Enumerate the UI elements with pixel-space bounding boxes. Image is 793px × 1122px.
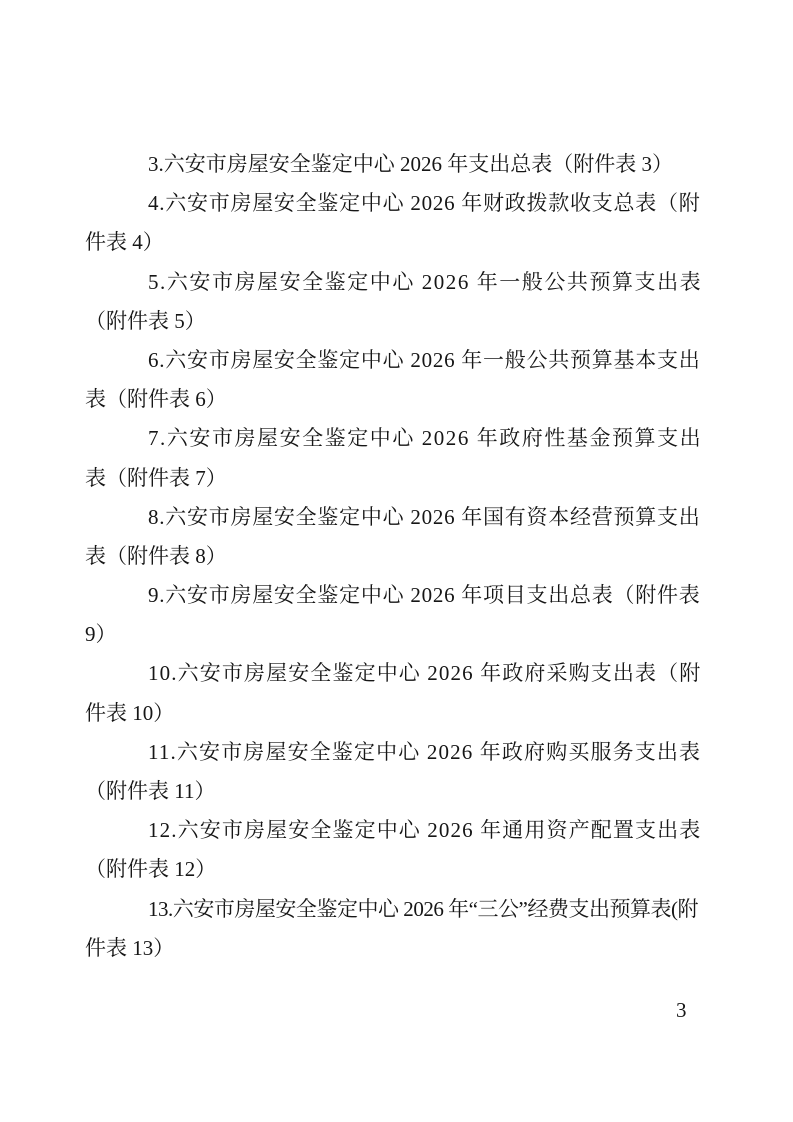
line-text: 6.六安市房屋安全鉴定中心 2026 年一般公共预算基本支出 <box>148 348 700 372</box>
document-line: （附件表 11） <box>85 772 699 811</box>
line-text: 3.六安市房屋安全鉴定中心 2026 年支出总表（附件表 3） <box>148 152 673 176</box>
line-text: 10.六安市房屋安全鉴定中心 2026 年政府采购支出表（附 <box>148 661 701 685</box>
line-text: 7.六安市房屋安全鉴定中心 2026 年政府性基金预算支出 <box>148 426 702 450</box>
document-line: （附件表 5） <box>85 302 699 341</box>
document-line: 11.六安市房屋安全鉴定中心 2026 年政府购买服务支出表 <box>85 733 699 772</box>
document-line: 4.六安市房屋安全鉴定中心 2026 年财政拨款收支总表（附 <box>85 184 699 223</box>
line-text: 件表 10） <box>85 701 174 725</box>
line-text: 表（附件表 7） <box>85 466 227 490</box>
line-text: （附件表 12） <box>85 857 216 881</box>
document-line: 6.六安市房屋安全鉴定中心 2026 年一般公共预算基本支出 <box>85 341 699 380</box>
line-text: 表（附件表 6） <box>85 387 227 411</box>
document-line: 表（附件表 7） <box>85 459 699 498</box>
line-text: 9） <box>85 622 117 646</box>
document-line: 7.六安市房屋安全鉴定中心 2026 年政府性基金预算支出 <box>85 419 699 458</box>
line-text: 4.六安市房屋安全鉴定中心 2026 年财政拨款收支总表（附 <box>148 191 700 215</box>
line-text: 11.六安市房屋安全鉴定中心 2026 年政府购买服务支出表 <box>148 740 701 764</box>
page-number: 3 <box>676 997 687 1023</box>
document-line: 10.六安市房屋安全鉴定中心 2026 年政府采购支出表（附 <box>85 654 699 693</box>
document-line: 3.六安市房屋安全鉴定中心 2026 年支出总表（附件表 3） <box>85 145 699 184</box>
document-line: 5.六安市房屋安全鉴定中心 2026 年一般公共预算支出表 <box>85 263 699 302</box>
document-line: 件表 13） <box>85 929 699 968</box>
line-text: 8.六安市房屋安全鉴定中心 2026 年国有资本经营预算支出 <box>148 505 700 529</box>
document-line: 9.六安市房屋安全鉴定中心 2026 年项目支出总表（附件表 <box>85 576 699 615</box>
line-text: （附件表 5） <box>85 309 206 333</box>
document-line: 件表 10） <box>85 694 699 733</box>
document-line: 件表 4） <box>85 223 699 262</box>
line-text: 13.六安市房屋安全鉴定中心 2026 年“三公”经费支出预算表(附 <box>148 897 698 921</box>
line-text: 9.六安市房屋安全鉴定中心 2026 年项目支出总表（附件表 <box>148 583 700 607</box>
document-line: 表（附件表 8） <box>85 537 699 576</box>
document-line: 9） <box>85 615 699 654</box>
document-line: （附件表 12） <box>85 850 699 889</box>
line-text: 5.六安市房屋安全鉴定中心 2026 年一般公共预算支出表 <box>148 270 702 294</box>
document-page: 3.六安市房屋安全鉴定中心 2026 年支出总表（附件表 3）4.六安市房屋安全… <box>0 0 793 1122</box>
document-line: 表（附件表 6） <box>85 380 699 419</box>
line-text: 件表 4） <box>85 230 164 254</box>
document-line: 12.六安市房屋安全鉴定中心 2026 年通用资产配置支出表 <box>85 811 699 850</box>
line-text: （附件表 11） <box>85 779 215 803</box>
document-line: 13.六安市房屋安全鉴定中心 2026 年“三公”经费支出预算表(附 <box>85 890 699 929</box>
line-text: 表（附件表 8） <box>85 544 227 568</box>
line-text: 12.六安市房屋安全鉴定中心 2026 年通用资产配置支出表 <box>148 818 701 842</box>
document-line: 8.六安市房屋安全鉴定中心 2026 年国有资本经营预算支出 <box>85 498 699 537</box>
attachment-table-list: 3.六安市房屋安全鉴定中心 2026 年支出总表（附件表 3）4.六安市房屋安全… <box>85 145 699 968</box>
line-text: 件表 13） <box>85 936 174 960</box>
